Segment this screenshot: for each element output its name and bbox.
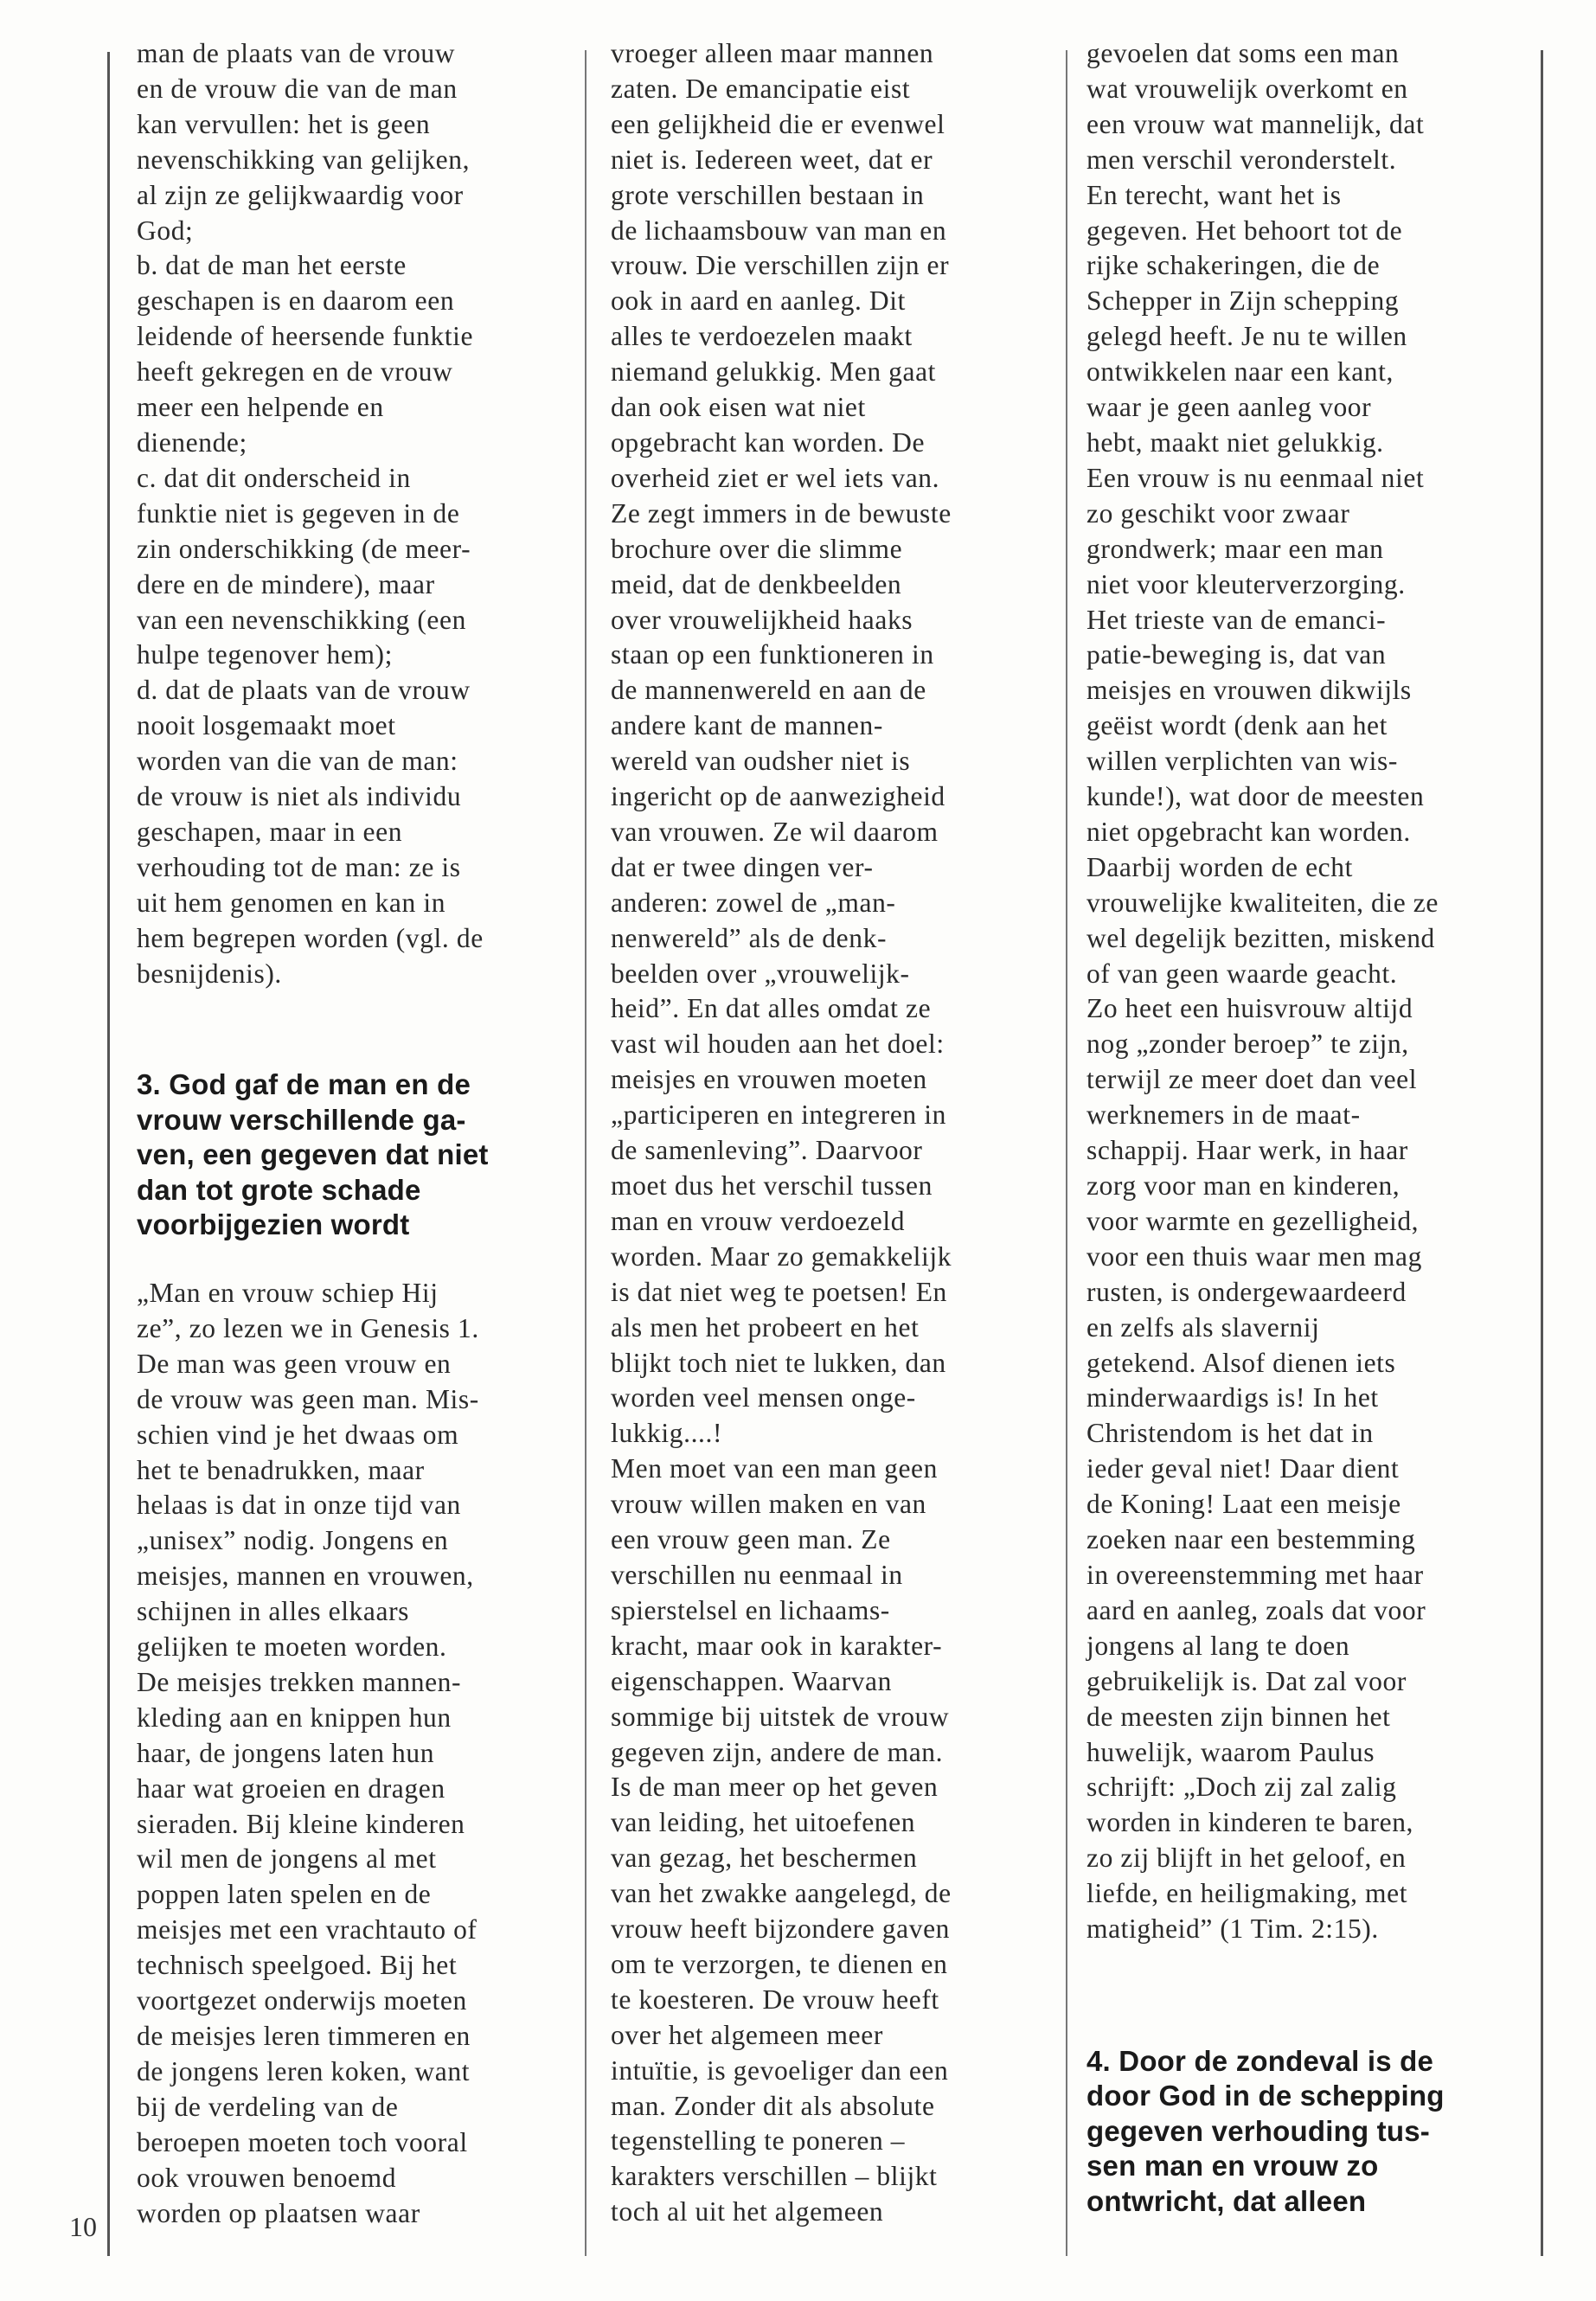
text-line: zin onderschikking (de meer- (137, 532, 569, 567)
text-line: gegeven zijn, andere de man. (611, 1735, 1052, 1771)
text-line: God; (137, 214, 569, 249)
text-line: hulpe tegenover hem); (137, 638, 569, 673)
text-line: het te benadrukken, maar (137, 1453, 569, 1489)
text-line: men verschil veronderstelt. (1086, 143, 1528, 178)
text-line: poppen laten spelen en de (137, 1877, 569, 1913)
text-line: ieder geval niet! Daar dient (1086, 1452, 1528, 1487)
text-line: is dat niet weg te poetsen! En (611, 1275, 1052, 1311)
text-line: schien vind je het dwaas om (137, 1418, 569, 1453)
text-line: schijnen in alles elkaars (137, 1594, 569, 1630)
text-line: en zelfs als slavernij (1086, 1311, 1528, 1346)
text-line: schrijft: „Doch zij zal zalig (1086, 1770, 1528, 1805)
text-line: gelijken te moeten worden. (137, 1630, 569, 1665)
text-line: zoeken naar een bestemming (1086, 1522, 1528, 1558)
text-line: voortgezet onderwijs moeten (137, 1984, 569, 2019)
text-line: terwijl ze meer doet dan veel (1086, 1062, 1528, 1098)
text-line: nenwereld” als de denk- (611, 921, 1052, 957)
text-line: overheid ziet er wel iets van. (611, 461, 1052, 497)
text-line: meisjes, mannen en vrouwen, (137, 1559, 569, 1594)
text-line: „Man en vrouw schiep Hij (137, 1276, 569, 1311)
text-line: haar wat groeien en dragen (137, 1772, 569, 1807)
text-line: om te verzorgen, te dienen en (611, 1947, 1052, 1983)
text-line: hebt, maakt niet gelukkig. (1086, 426, 1528, 461)
text-line: van vrouwen. Ze wil daarom (611, 815, 1052, 850)
text-line: waar je geen aanleg voor (1086, 390, 1528, 426)
text-line: nevenschikking van gelijken, (137, 143, 569, 178)
text-line: minderwaardigs is! In het (1086, 1381, 1528, 1416)
text-line: kan vervullen: het is geen (137, 107, 569, 143)
heading-line: 3. God gaf de man en de (137, 1067, 569, 1103)
text-line: staan op een funktioneren in (611, 638, 1052, 673)
text-line: heid”. En dat alles omdat ze (611, 991, 1052, 1027)
text-line: geëist wordt (denk aan het (1086, 708, 1528, 744)
text-line: van gezag, het beschermen (611, 1841, 1052, 1876)
text-line: jongens al lang te doen (1086, 1629, 1528, 1664)
text-line: haar, de jongens laten hun (137, 1736, 569, 1772)
text-line: wil men de jongens al met (137, 1842, 569, 1877)
text-line: nog „zonder beroep” te zijn, (1086, 1027, 1528, 1062)
text-line: vrouwelijke kwaliteiten, die ze (1086, 886, 1528, 921)
text-line: kracht, maar ook in karakter- (611, 1629, 1052, 1664)
text-line: voor een thuis waar men mag (1086, 1240, 1528, 1275)
text-line: verschillen nu eenmaal in (611, 1558, 1052, 1593)
heading-line: voorbijgezien wordt (137, 1208, 569, 1243)
column-1-paragraph-1: man de plaats van de vrouwen de vrouw di… (137, 36, 569, 991)
text-line: sommige bij uitstek de vrouw (611, 1700, 1052, 1735)
text-line: opgebracht kan worden. De (611, 426, 1052, 461)
text-line: geschapen, maar in een (137, 815, 569, 850)
text-line: ook in aard en aanleg. Dit (611, 284, 1052, 319)
column-rule-middle-right (1066, 50, 1067, 2256)
text-line: getekend. Alsof dienen iets (1086, 1346, 1528, 1381)
text-line: de jongens leren koken, want (137, 2054, 569, 2090)
text-line: matigheid” (1 Tim. 2:15). (1086, 1912, 1528, 1947)
text-line: Het trieste van de emanci- (1086, 603, 1528, 638)
text-line: over het algemeen meer (611, 2018, 1052, 2054)
text-line: meid, dat de denkbeelden (611, 567, 1052, 603)
text-line: vrouw willen maken en van (611, 1487, 1052, 1522)
text-line: rijke schakeringen, die de (1086, 248, 1528, 284)
column-2-paragraph-1: vroeger alleen maar mannenzaten. De eman… (611, 36, 1052, 2230)
text-line: zo geschikt voor zwaar (1086, 497, 1528, 532)
text-line: Schepper in Zijn schepping (1086, 284, 1528, 319)
text-line: leidende of heersende funktie (137, 319, 569, 355)
text-line: wat vrouwelijk overkomt en (1086, 72, 1528, 107)
text-line: kleding aan en knippen hun (137, 1701, 569, 1736)
text-line: man. Zonder dit als absolute (611, 2089, 1052, 2125)
text-line: Is de man meer op het geven (611, 1770, 1052, 1805)
text-line: van leiding, het uitoefenen (611, 1805, 1052, 1841)
text-line: van een nevenschikking (een (137, 603, 569, 638)
text-line: vrouw. Die verschillen zijn er (611, 248, 1052, 284)
column-rule-left (107, 52, 110, 2256)
text-line: blijkt toch niet te lukken, dan (611, 1346, 1052, 1381)
text-line: funktie niet is gegeven in de (137, 497, 569, 532)
text-line: ze”, zo lezen we in Genesis 1. (137, 1311, 569, 1347)
text-line: de vrouw is niet als individu (137, 779, 569, 815)
text-line: lukkig....! (611, 1416, 1052, 1452)
text-line: zo zij blijft in het geloof, en (1086, 1841, 1528, 1876)
text-line: al zijn ze gelijkwaardig voor (137, 178, 569, 214)
section-3-heading: 3. God gaf de man en devrouw verschillen… (137, 1067, 569, 1243)
text-line: beroepen moeten toch vooral (137, 2125, 569, 2161)
text-line: worden in kinderen te baren, (1086, 1805, 1528, 1841)
text-line: besnijdenis). (137, 957, 569, 992)
text-line: aard en aanleg, zoals dat voor (1086, 1593, 1528, 1629)
text-line: brochure over die slimme (611, 532, 1052, 567)
text-line: bij de verdeling van de (137, 2090, 569, 2125)
heading-line: ontwricht, dat alleen (1086, 2184, 1528, 2220)
text-line: spierstelsel en lichaams- (611, 1593, 1052, 1629)
text-line: van het zwakke aangelegd, de (611, 1876, 1052, 1912)
text-line: meisjes en vrouwen dikwijls (1086, 673, 1528, 708)
text-line: karakters verschillen – blijkt (611, 2159, 1052, 2195)
text-line: geschapen is en daarom een (137, 284, 569, 319)
text-line: alles te verdoezelen maakt (611, 319, 1052, 355)
column-rule-middle-left (585, 50, 586, 2256)
text-line: patie-beweging is, dat van (1086, 638, 1528, 673)
text-line: in overeenstemming met haar (1086, 1558, 1528, 1593)
text-line: ontwikkelen naar een kant, (1086, 355, 1528, 390)
text-line: b. dat de man het eerste (137, 248, 569, 284)
text-line: man de plaats van de vrouw (137, 36, 569, 72)
text-line: over vrouwelijkheid haaks (611, 603, 1052, 638)
text-line: de lichaamsbouw van man en (611, 214, 1052, 249)
text-line: worden van die van de man: (137, 744, 569, 779)
text-line: De meisjes trekken mannen- (137, 1665, 569, 1701)
text-line: beelden over „vrouwelijk- (611, 957, 1052, 992)
text-line: Men moet van een man geen (611, 1452, 1052, 1487)
text-line: De man was geen vrouw en (137, 1347, 569, 1382)
text-line: Een vrouw is nu eenmaal niet (1086, 461, 1528, 497)
text-line: intuïtie, is gevoeliger dan een (611, 2054, 1052, 2089)
text-line: huwelijk, waarom Paulus (1086, 1735, 1528, 1771)
text-line: worden. Maar zo gemakkelijk (611, 1240, 1052, 1275)
section-4-heading: 4. Door de zondeval is dedoor God in de … (1086, 2044, 1528, 2220)
text-line: de meesten zijn binnen het (1086, 1700, 1528, 1735)
document-page: 10 man de plaats van de vrouwen de vrouw… (0, 0, 1596, 2301)
text-line: nooit losgemaakt moet (137, 708, 569, 744)
text-line: dat er twee dingen ver- (611, 850, 1052, 886)
text-line: de mannenwereld en aan de (611, 673, 1052, 708)
text-line: zorg voor man en kinderen, (1086, 1169, 1528, 1204)
text-line: Daarbij worden de echt (1086, 850, 1528, 886)
text-line: werknemers in de maat- (1086, 1098, 1528, 1133)
column-1-paragraph-2: „Man en vrouw schiep Hijze”, zo lezen we… (137, 1276, 569, 2231)
text-line: tegenstelling te poneren – (611, 2124, 1052, 2159)
text-line: toch al uit het algemeen (611, 2195, 1052, 2230)
text-line: niet opgebracht kan worden. (1086, 815, 1528, 850)
text-line: niet is. Iedereen weet, dat er (611, 143, 1052, 178)
text-line: gevoelen dat soms een man (1086, 36, 1528, 72)
text-line: ingericht op de aanwezigheid (611, 779, 1052, 815)
text-line: de Koning! Laat een meisje (1086, 1487, 1528, 1522)
text-line: helaas is dat in onze tijd van (137, 1488, 569, 1523)
text-line: schappij. Haar werk, in haar (1086, 1133, 1528, 1169)
text-line: liefde, en heiligmaking, met (1086, 1876, 1528, 1912)
text-line: hem begrepen worden (vgl. de (137, 921, 569, 957)
text-line: de meisjes leren timmeren en (137, 2019, 569, 2054)
text-line: d. dat de plaats van de vrouw (137, 673, 569, 708)
text-line: worden veel mensen onge- (611, 1381, 1052, 1416)
text-line: En terecht, want het is (1086, 178, 1528, 214)
text-line: Christendom is het dat in (1086, 1416, 1528, 1452)
text-line: meisjes met een vrachtauto of (137, 1913, 569, 1948)
heading-line: vrouw verschillende ga- (137, 1103, 569, 1138)
text-line: meer een helpende en (137, 390, 569, 426)
text-line: dan ook eisen wat niet (611, 390, 1052, 426)
text-line: man en vrouw verdoezeld (611, 1204, 1052, 1240)
heading-line: 4. Door de zondeval is de (1086, 2044, 1528, 2080)
text-line: niet voor kleuterverzorging. (1086, 567, 1528, 603)
page-number: 10 (69, 2211, 97, 2243)
text-line: ook vrouwen benoemd (137, 2161, 569, 2196)
text-line: andere kant de mannen- (611, 708, 1052, 744)
text-line: voor warmte en gezelligheid, (1086, 1204, 1528, 1240)
text-line: wereld van oudsher niet is (611, 744, 1052, 779)
text-line: gebruikelijk is. Dat zal voor (1086, 1664, 1528, 1700)
text-line: anderen: zowel de „man- (611, 886, 1052, 921)
text-line: grondwerk; maar een man (1086, 532, 1528, 567)
text-line: dienende; (137, 426, 569, 461)
column-2: vroeger alleen maar mannenzaten. De eman… (611, 36, 1052, 2230)
text-line: een vrouw geen man. Ze (611, 1522, 1052, 1558)
text-line: gelegd heeft. Je nu te willen (1086, 319, 1528, 355)
text-line: sieraden. Bij kleine kinderen (137, 1807, 569, 1843)
text-line: de samenleving”. Daarvoor (611, 1133, 1052, 1169)
text-line: willen verplichten van wis- (1086, 744, 1528, 779)
text-line: moet dus het verschil tussen (611, 1169, 1052, 1204)
text-line: „participeren en integreren in (611, 1098, 1052, 1133)
text-line: eigenschappen. Waarvan (611, 1664, 1052, 1700)
column-rule-right (1541, 50, 1543, 2256)
text-line: als men het probeert en het (611, 1311, 1052, 1346)
column-3-paragraph-1: gevoelen dat soms een manwat vrouwelijk … (1086, 36, 1528, 1947)
text-line: de vrouw was geen man. Mis- (137, 1382, 569, 1418)
text-line: dere en de mindere), maar (137, 567, 569, 603)
text-line: vrouw heeft bijzondere gaven (611, 1912, 1052, 1947)
heading-line: gegeven verhouding tus- (1086, 2114, 1528, 2150)
heading-line: ven, een gegeven dat niet (137, 1138, 569, 1173)
text-line: zaten. De emancipatie eist (611, 72, 1052, 107)
heading-line: door God in de schepping (1086, 2079, 1528, 2114)
text-line: wel degelijk bezitten, miskend (1086, 921, 1528, 957)
text-line: uit hem genomen en kan in (137, 886, 569, 921)
text-line: Ze zegt immers in de bewuste (611, 497, 1052, 532)
text-line: een vrouw wat mannelijk, dat (1086, 107, 1528, 143)
text-line: vroeger alleen maar mannen (611, 36, 1052, 72)
text-line: „unisex” nodig. Jongens en (137, 1523, 569, 1559)
text-line: gegeven. Het behoort tot de (1086, 214, 1528, 249)
text-line: vast wil houden aan het doel: (611, 1027, 1052, 1062)
column-3: gevoelen dat soms een manwat vrouwelijk … (1086, 36, 1528, 2219)
text-line: grote verschillen bestaan in (611, 178, 1052, 214)
text-line: verhouding tot de man: ze is (137, 850, 569, 886)
heading-line: dan tot grote schade (137, 1173, 569, 1208)
text-line: worden op plaatsen waar (137, 2196, 569, 2232)
text-line: c. dat dit onderscheid in (137, 461, 569, 497)
text-line: te koesteren. De vrouw heeft (611, 1983, 1052, 2018)
text-line: kunde!), wat door de meesten (1086, 779, 1528, 815)
text-line: niemand gelukkig. Men gaat (611, 355, 1052, 390)
text-line: rusten, is ondergewaardeerd (1086, 1275, 1528, 1311)
heading-line: sen man en vrouw zo (1086, 2149, 1528, 2184)
text-line: heeft gekregen en de vrouw (137, 355, 569, 390)
text-line: een gelijkheid die er evenwel (611, 107, 1052, 143)
column-1: man de plaats van de vrouwen de vrouw di… (137, 36, 569, 2231)
text-line: en de vrouw die van de man (137, 72, 569, 107)
text-line: technisch speelgoed. Bij het (137, 1948, 569, 1984)
text-line: of van geen waarde geacht. (1086, 957, 1528, 992)
text-line: Zo heet een huisvrouw altijd (1086, 991, 1528, 1027)
text-line: meisjes en vrouwen moeten (611, 1062, 1052, 1098)
